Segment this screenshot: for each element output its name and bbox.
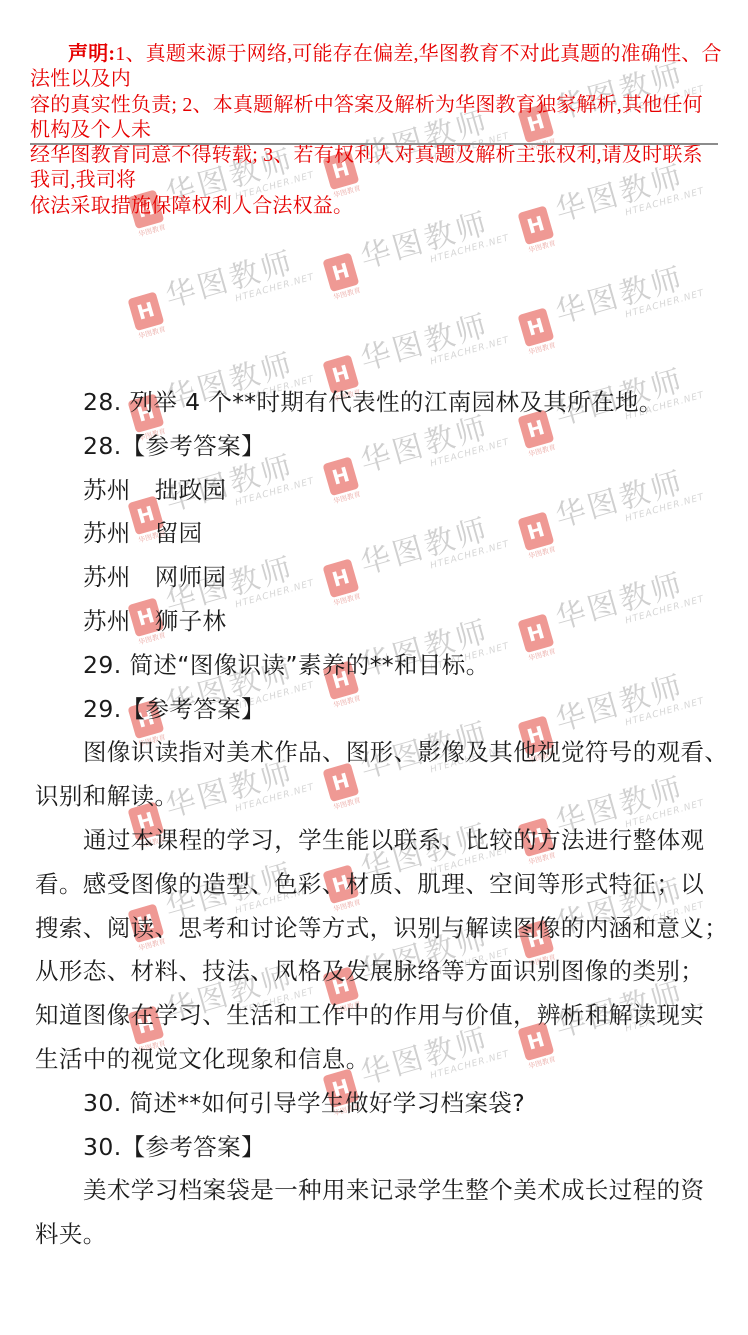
content-line: 29.【参考答案】 bbox=[83, 690, 265, 724]
disclaimer-line: 经华图教育同意不得转载; 3、若有权利人对真题及解析主张权利,请及时联系我司,我… bbox=[30, 143, 722, 194]
content-line: 29. 简述“图像识读”素养的**和目标。 bbox=[83, 646, 490, 680]
content-line: 苏州 拙政园 bbox=[83, 471, 226, 505]
disclaimer-line: 声明:1、真题来源于网络,可能存在偏差,华图教育不对此真题的准确性、合法性以及内 bbox=[30, 42, 722, 93]
content-line: 知道图像在学习、生活和工作中的作用与价值，辨析和解读现实 bbox=[35, 996, 704, 1030]
content-line: 苏州 狮子林 bbox=[83, 602, 226, 636]
content-line: 搜索、阅读、思考和讨论等方式，识别与解读图像的内涵和意义； bbox=[35, 909, 728, 943]
content-line: 识别和解读。 bbox=[35, 777, 178, 811]
content-line: 料夹。 bbox=[35, 1215, 107, 1249]
content-line: 28.【参考答案】 bbox=[83, 427, 265, 461]
content-line: 28. 列举 4 个**时期有代表性的江南园林及其所在地。 bbox=[83, 383, 663, 417]
content-line: 通过本课程的学习，学生能以联系、比较的方法进行整体观 bbox=[83, 821, 704, 855]
divider-line bbox=[30, 143, 718, 145]
content-line: 从形态、材料、技法、风格及发展脉络等方面识别图像的类别； bbox=[35, 952, 704, 986]
content-line: 图像识读指对美术作品、图形、影像及其他视觉符号的观看、 bbox=[83, 733, 728, 767]
content-line: 看。感受图像的造型、色彩、材质、肌理、空间等形式特征；以 bbox=[35, 865, 704, 899]
content-line: 生活中的视觉文化现象和信息。 bbox=[35, 1040, 370, 1074]
document-page: H 华图教育 华图教师 HTEACHER.NET H 华图教育 华图教师 HTE… bbox=[0, 0, 748, 1335]
content-line: 苏州 留园 bbox=[83, 514, 203, 548]
content-line: 美术学习档案袋是一种用来记录学生整个美术成长过程的资 bbox=[83, 1171, 704, 1205]
content-line: 苏州 网师园 bbox=[83, 558, 226, 592]
disclaimer-line: 容的真实性负责; 2、本真题解析中答案及解析为华图教育独家解析,其他任何机构及个… bbox=[30, 93, 722, 144]
disclaimer: 声明:1、真题来源于网络,可能存在偏差,华图教育不对此真题的准确性、合法性以及内… bbox=[30, 42, 722, 219]
content-line: 30.【参考答案】 bbox=[83, 1128, 265, 1162]
disclaimer-line: 依法采取措施保障权利人合法权益。 bbox=[30, 194, 722, 219]
content-line: 30. 简述**如何引导学生做好学习档案袋? bbox=[83, 1084, 525, 1118]
